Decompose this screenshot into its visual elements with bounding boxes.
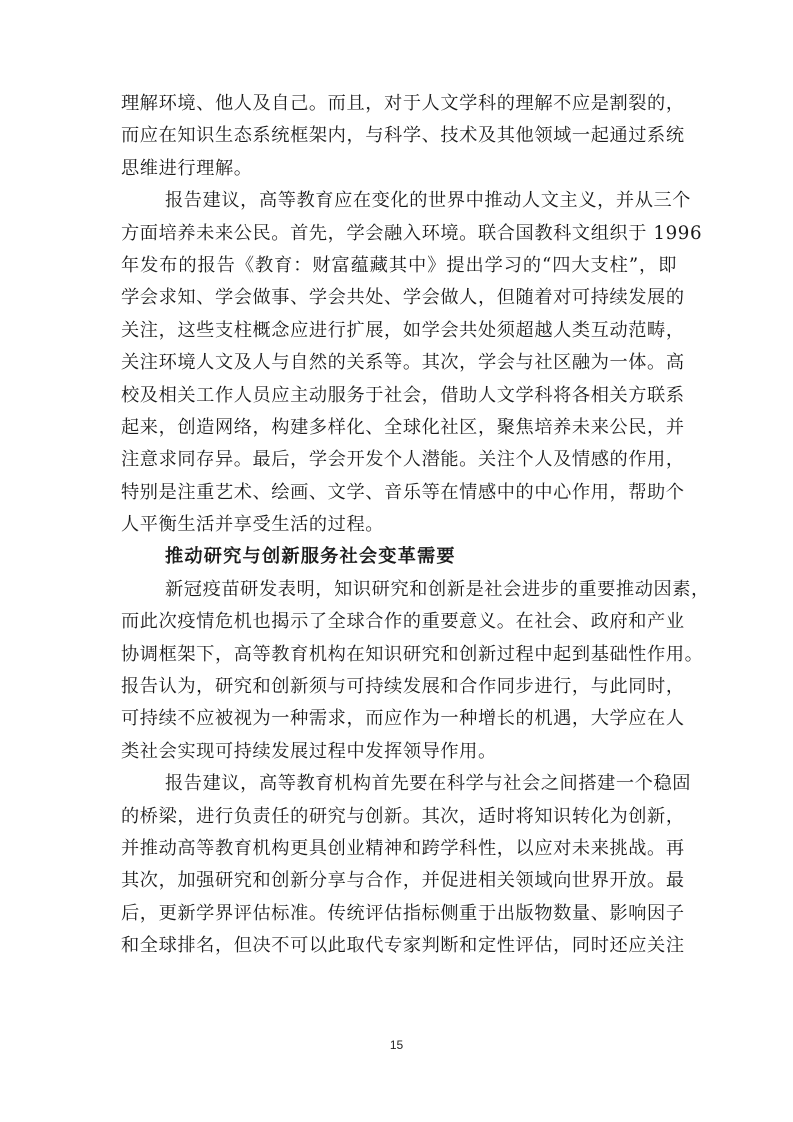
text-line: 其次，加强研究和创新分享与合作，并促进相关领域向世界开放。最 (121, 865, 677, 897)
text-line: 校及相关工作人员应主动服务于社会，借助人文学科将各相关方联系 (121, 380, 677, 412)
text-line: 特别是注重艺术、绘画、文学、音乐等在情感中的中心作用，帮助个 (121, 477, 677, 509)
text-line: 可持续不应被视为一种需求，而应作为一种增长的机遇，大学应在人 (121, 703, 677, 735)
text-line: 和全球排名，但决不可以此取代专家判断和定性评估，同时还应关注 (121, 930, 677, 962)
text-line: 报告建议，高等教育应在变化的世界中推动人文主义，并从三个 (121, 185, 677, 217)
text-line: 关注，这些支柱概念应进行扩展，如学会共处须超越人类互动范畴， (121, 315, 677, 347)
text-line: 类社会实现可持续发展过程中发挥领导作用。 (121, 736, 677, 768)
text-line: 而应在知识生态系统框架内，与科学、技术及其他领域一起通过系统 (121, 120, 677, 152)
text-line: 思维进行理解。 (121, 153, 677, 185)
heading-text: 推动研究与创新服务社会变革需要 (121, 541, 677, 573)
text-line: 并推动高等教育机构更具创业精神和跨学科性，以应对未来挑战。再 (121, 833, 677, 865)
paragraph-research-recommendations: 报告建议，高等教育机构首先要在科学与社会之间搭建一个稳固 的桥梁，进行负责任的研… (121, 768, 677, 962)
text-line: 报告认为，研究和创新须与可持续发展和合作同步进行，与此同时， (121, 671, 677, 703)
text-line: 方面培养未来公民。首先，学会融入环境。联合国教科文组织于 1996 (121, 218, 677, 250)
text-line: 的桥梁，进行负责任的研究与创新。其次，适时将知识转化为创新， (121, 801, 677, 833)
text-line: 学会求知、学会做事、学会共处、学会做人，但随着对可持续发展的 (121, 282, 677, 314)
paragraph-humanism-recommendations: 报告建议，高等教育应在变化的世界中推动人文主义，并从三个 方面培养未来公民。首先… (121, 185, 677, 541)
document-page: 理解环境、他人及自己。而且，对于人文学科的理解不应是割裂的， 而应在知识生态系统… (121, 88, 677, 963)
text-line: 而此次疫情危机也揭示了全球合作的重要意义。在社会、政府和产业 (121, 606, 677, 638)
text-line: 协调框架下，高等教育机构在知识研究和创新过程中起到基础性作用。 (121, 639, 677, 671)
paragraph-research-innovation: 新冠疫苗研发表明，知识研究和创新是社会进步的重要推动因素， 而此次疫情危机也揭示… (121, 574, 677, 768)
section-heading: 推动研究与创新服务社会变革需要 (121, 541, 677, 573)
text-line: 关注环境人文及人与自然的关系等。其次，学会与社区融为一体。高 (121, 347, 677, 379)
text-line: 新冠疫苗研发表明，知识研究和创新是社会进步的重要推动因素， (121, 574, 677, 606)
text-line: 后，更新学界评估标准。传统评估指标侧重于出版物数量、影响因子 (121, 898, 677, 930)
text-line: 报告建议，高等教育机构首先要在科学与社会之间搭建一个稳固 (121, 768, 677, 800)
text-line: 人平衡生活并享受生活的过程。 (121, 509, 677, 541)
page-number: 15 (0, 1038, 793, 1052)
text-line: 理解环境、他人及自己。而且，对于人文学科的理解不应是割裂的， (121, 88, 677, 120)
text-line: 注意求同存异。最后，学会开发个人潜能。关注个人及情感的作用， (121, 444, 677, 476)
text-line: 年发布的报告《教育：财富蕴藏其中》提出学习的“四大支柱”，即 (121, 250, 677, 282)
paragraph-humanities-understanding: 理解环境、他人及自己。而且，对于人文学科的理解不应是割裂的， 而应在知识生态系统… (121, 88, 677, 185)
text-line: 起来，创造网络，构建多样化、全球化社区，聚焦培养未来公民，并 (121, 412, 677, 444)
